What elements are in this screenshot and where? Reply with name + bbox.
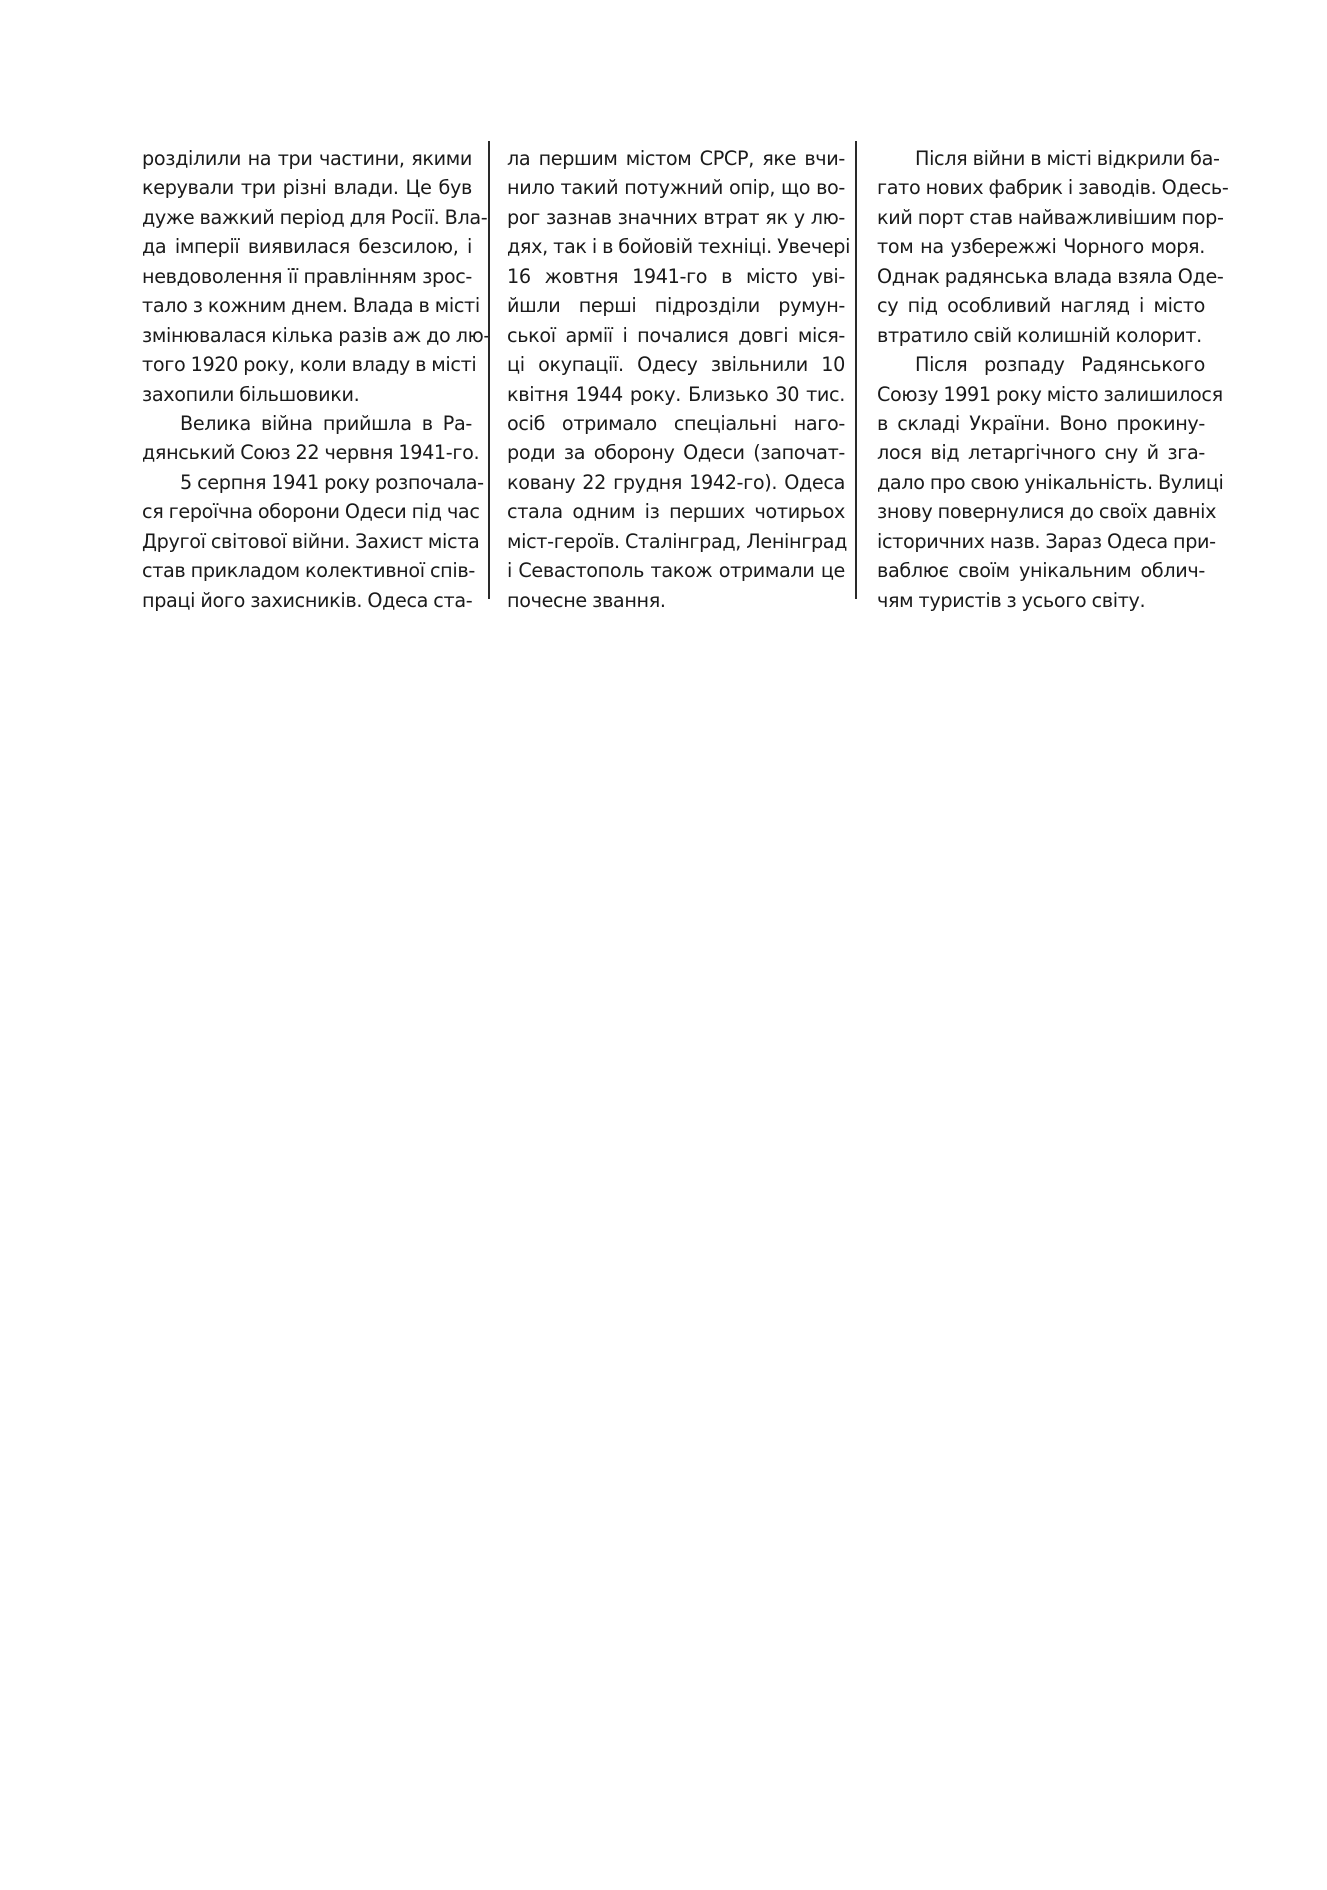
text-line: гато нових фабрик і заводів. Одесь- bbox=[877, 173, 1205, 202]
text-line: нило такий потужний опір, що во- bbox=[507, 173, 845, 202]
text-line: дало про свою унікальність. Вулиці bbox=[877, 468, 1205, 497]
text-line: змінювалася кілька разів аж до лю- bbox=[142, 321, 472, 350]
text-line: лося від летаргічного сну й зга- bbox=[877, 438, 1205, 467]
paragraph-start-line: Після розпаду Радянського bbox=[877, 350, 1205, 379]
text-line: розділили на три частини, якими bbox=[142, 144, 472, 173]
text-line: осіб отримало спеціальні наго- bbox=[507, 409, 845, 438]
text-line: йшли перші підрозділи румун- bbox=[507, 291, 845, 320]
text-line: рог зазнав значних втрат як у лю- bbox=[507, 203, 845, 232]
text-line: і Севастополь також отримали це bbox=[507, 556, 845, 585]
text-line: чям туристів з усього світу. bbox=[877, 586, 1205, 615]
text-line: кий порт став найважливішим пор- bbox=[877, 203, 1205, 232]
text-line: історичних назв. Зараз Одеса при- bbox=[877, 527, 1205, 556]
text-line: квітня 1944 року. Близько 30 тис. bbox=[507, 380, 845, 409]
text-line: тало з кожним днем. Влада в місті bbox=[142, 291, 472, 320]
paragraph-start-line: Після війни в місті відкрили ба- bbox=[877, 144, 1205, 173]
text-line: дях, так і в бойовій техніці. Увечері bbox=[507, 232, 845, 261]
text-line: су під особливий нагляд і місто bbox=[877, 291, 1205, 320]
text-column-3: Після війни в місті відкрили ба- гато но… bbox=[877, 144, 1205, 615]
text-line: того 1920 року, коли владу в місті bbox=[142, 350, 472, 379]
text-line: ської армії і почалися довгі міся- bbox=[507, 321, 845, 350]
text-line: праці його захисників. Одеса ста- bbox=[142, 586, 472, 615]
text-line: Однак радянська влада взяла Оде- bbox=[877, 262, 1205, 291]
text-line: дянський Союз 22 червня 1941-го. bbox=[142, 438, 472, 467]
paragraph-start-line: Велика війна прийшла в Ра- bbox=[142, 409, 472, 438]
text-line: ся героїчна оборони Одеси під час bbox=[142, 497, 472, 526]
column-divider bbox=[488, 141, 490, 599]
text-line: стала одним із перших чотирьох bbox=[507, 497, 845, 526]
text-line: том на узбережжі Чорного моря. bbox=[877, 232, 1205, 261]
text-line: да імперії виявилася безсилою, і bbox=[142, 232, 472, 261]
text-line: дуже важкий період для Росії. Вла- bbox=[142, 203, 472, 232]
text-line: втратило свій колишній колорит. bbox=[877, 321, 1205, 350]
text-line: захопили більшовики. bbox=[142, 380, 472, 409]
text-line: 16 жовтня 1941-го в місто уві- bbox=[507, 262, 845, 291]
text-line: міст-героїв. Сталінград, Ленінград bbox=[507, 527, 845, 556]
text-line: знову повернулися до своїх давніх bbox=[877, 497, 1205, 526]
text-line: Союзу 1991 року місто залишилося bbox=[877, 380, 1205, 409]
text-line: Другої світової війни. Захист міста bbox=[142, 527, 472, 556]
text-line: ла першим містом СРСР, яке вчи- bbox=[507, 144, 845, 173]
text-line: ці окупації. Одесу звільнили 10 bbox=[507, 350, 845, 379]
paragraph-start-line: 5 серпня 1941 року розпочала- bbox=[142, 468, 472, 497]
text-line: почесне звання. bbox=[507, 586, 845, 615]
text-line: ковану 22 грудня 1942-го). Одеса bbox=[507, 468, 845, 497]
text-line: невдоволення її правлінням зрос- bbox=[142, 262, 472, 291]
text-column-1: розділили на три частини, якими керували… bbox=[142, 144, 472, 615]
text-line: в складі України. Воно прокину- bbox=[877, 409, 1205, 438]
text-line: став прикладом колективної спів- bbox=[142, 556, 472, 585]
text-line: роди за оборону Одеси (започат- bbox=[507, 438, 845, 467]
document-page: розділили на три частини, якими керували… bbox=[0, 0, 1327, 1890]
text-column-2: ла першим містом СРСР, яке вчи- нило так… bbox=[507, 144, 845, 615]
column-divider bbox=[855, 141, 857, 599]
text-line: керували три різні влади. Це був bbox=[142, 173, 472, 202]
text-line: ваблює своїм унікальним облич- bbox=[877, 556, 1205, 585]
